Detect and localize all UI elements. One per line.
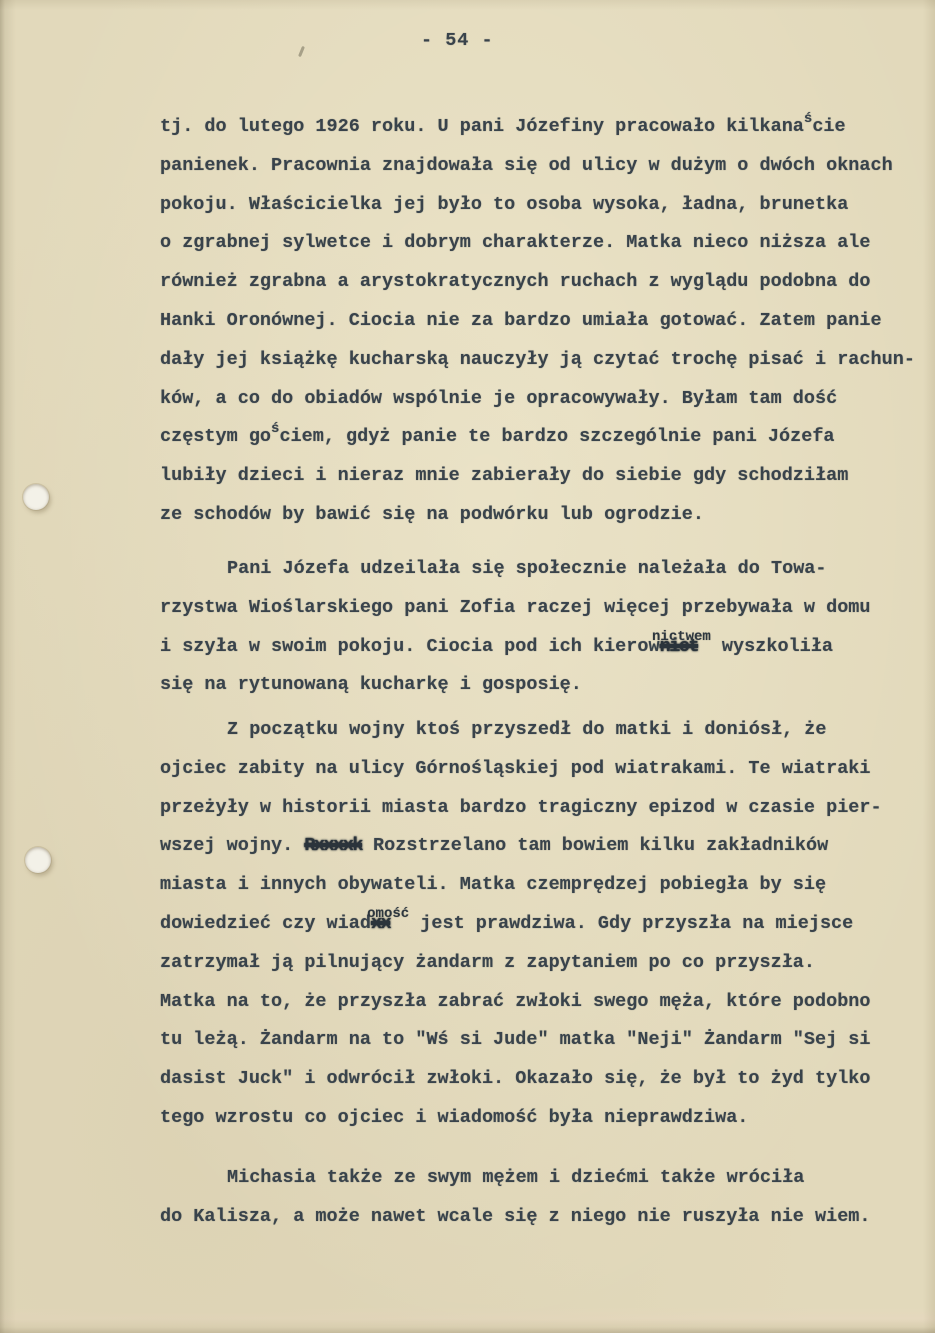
text-segment: Matka na to, że przyszła zabrać zwłoki s… bbox=[160, 991, 871, 1012]
text-segment: również zgrabna a arystokratycznych ruch… bbox=[160, 271, 871, 292]
text-line: do Kalisza, a może nawet wcale się z nie… bbox=[160, 1198, 935, 1237]
text-line: Z początku wojny ktoś przyszedł do matki… bbox=[160, 711, 935, 750]
text-line: ojciec zabity na ulicy Górnośląskiej pod… bbox=[160, 750, 935, 789]
hole-punch bbox=[23, 484, 49, 510]
text-segment: ciem, gdyż panie te bardzo szczególnie p… bbox=[279, 426, 834, 447]
text-line: ze schodów by bawić się na podwórku lub … bbox=[160, 496, 935, 535]
paragraph: tj. do lutego 1926 roku. U pani Józefiny… bbox=[160, 108, 935, 535]
text-segment: Hanki Oronównej. Ciocia nie za bardzo um… bbox=[160, 310, 882, 331]
text-segment: wszej wojny. bbox=[160, 835, 304, 856]
text-segment: jest prawdziwa. Gdy przyszła na miejsce bbox=[409, 913, 853, 934]
text-segment: dały jej książkę kucharską nauczyły ją c… bbox=[160, 349, 915, 370]
text-segment: dasist Juck" i odwrócił zwłoki. Okazało … bbox=[160, 1068, 871, 1089]
paragraph: Pani Józefa udzeilała się społecznie nal… bbox=[160, 550, 935, 705]
text-segment: częstym go bbox=[160, 426, 271, 447]
text-segment: ków, a co do obiadów wspólnie je opracow… bbox=[160, 388, 837, 409]
text-line: panienek. Pracownia znajdowała się od ul… bbox=[160, 147, 935, 186]
text-segment: zatrzymał ją pilnujący żandarm z zapytan… bbox=[160, 952, 815, 973]
text-segment: Rozstrzelano tam bowiem kilku zakładnikó… bbox=[362, 835, 828, 856]
text-segment: ojciec zabity na ulicy Górnośląskiej pod… bbox=[160, 758, 871, 779]
text-segment: rzystwa Wioślarskiego pani Zofia raczej … bbox=[160, 597, 871, 618]
text-segment: i szyła w swoim pokoju. Ciocia pod ich k… bbox=[160, 636, 660, 657]
text-line: pokoju. Właścicielka jej było to osoba w… bbox=[160, 186, 935, 225]
text-line: dasist Juck" i odwrócił zwłoki. Okazało … bbox=[160, 1060, 935, 1099]
text-segment: przeżyły w historii miasta bardzo tragic… bbox=[160, 797, 882, 818]
text-segment: tj. do lutego 1926 roku. U pani Józefiny… bbox=[160, 116, 804, 137]
text-line: o zgrabnej sylwetce i dobrym charakterze… bbox=[160, 224, 935, 263]
text-segment: pokoju. Właścicielka jej było to osoba w… bbox=[160, 194, 848, 215]
text-line: i szyła w swoim pokoju. Ciocia pod ich k… bbox=[160, 628, 935, 667]
text-segment: dowiedzieć czy wiad bbox=[160, 913, 371, 934]
page-number: - 54 - bbox=[421, 30, 494, 51]
text-line: tego wzrostu co ojciec i wiadomość była … bbox=[160, 1099, 935, 1138]
ink-smudge bbox=[298, 46, 305, 57]
text-segment: wyszkoliła bbox=[711, 636, 833, 657]
text-line: dowiedzieć czy wiadxxomość jest prawdziw… bbox=[160, 905, 935, 944]
text-line: tu leżą. Żandarm na to "Wś si Jude" matk… bbox=[160, 1021, 935, 1060]
text-segment: tego wzrostu co ojciec i wiadomość była … bbox=[160, 1107, 748, 1128]
paragraph: Michasia także ze swym mężem i dziećmi t… bbox=[160, 1159, 935, 1237]
text-segment: tu leżą. Żandarm na to "Wś si Jude" matk… bbox=[160, 1029, 871, 1050]
struck-out-text: Rxxxxk bbox=[304, 835, 362, 856]
text-segment: do Kalisza, a może nawet wcale się z nie… bbox=[160, 1206, 871, 1227]
text-line: się na rytunowaną kucharkę i gosposię. bbox=[160, 666, 935, 705]
hole-punch bbox=[25, 847, 51, 873]
text-line: Hanki Oronównej. Ciocia nie za bardzo um… bbox=[160, 302, 935, 341]
text-line: również zgrabna a arystokratycznych ruch… bbox=[160, 263, 935, 302]
text-line: miasta i innych obywateli. Matka czemprę… bbox=[160, 866, 935, 905]
text-segment: cie bbox=[812, 116, 845, 137]
text-line: Matka na to, że przyszła zabrać zwłoki s… bbox=[160, 983, 935, 1022]
text-segment: Z początku wojny ktoś przyszedł do matki… bbox=[227, 719, 827, 740]
text-segment: Michasia także ze swym mężem i dziećmi t… bbox=[227, 1167, 804, 1188]
scanned-page: - 54 - tj. do lutego 1926 roku. U pani J… bbox=[0, 0, 935, 1333]
text-segment: miasta i innych obywateli. Matka czemprę… bbox=[160, 874, 826, 895]
text-line: wszej wojny. Rxxxxk Rozstrzelano tam bow… bbox=[160, 827, 935, 866]
text-line: ków, a co do obiadów wspólnie je opracow… bbox=[160, 380, 935, 419]
text-segment: Pani Józefa udzeilała się społecznie nal… bbox=[227, 558, 827, 579]
text-segment: ze schodów by bawić się na podwórku lub … bbox=[160, 504, 704, 525]
text-segment: o zgrabnej sylwetce i dobrym charakterze… bbox=[160, 232, 871, 253]
text-segment: lubiły dzieci i nieraz mnie zabierały do… bbox=[160, 465, 848, 486]
text-line: przeżyły w historii miasta bardzo tragic… bbox=[160, 789, 935, 828]
text-segment: panienek. Pracownia znajdowała się od ul… bbox=[160, 155, 893, 176]
text-line: rzystwa Wioślarskiego pani Zofia raczej … bbox=[160, 589, 935, 628]
text-line: dały jej książkę kucharską nauczyły ją c… bbox=[160, 341, 935, 380]
text-line: Michasia także ze swym mężem i dziećmi t… bbox=[160, 1159, 935, 1198]
text-line: Pani Józefa udzeilała się społecznie nal… bbox=[160, 550, 935, 589]
text-line: lubiły dzieci i nieraz mnie zabierały do… bbox=[160, 457, 935, 496]
text-line: tj. do lutego 1926 roku. U pani Józefiny… bbox=[160, 108, 935, 147]
text-segment: się na rytunowaną kucharkę i gosposię. bbox=[160, 674, 582, 695]
paragraph: Z początku wojny ktoś przyszedł do matki… bbox=[160, 711, 935, 1138]
text-line: zatrzymał ją pilnujący żandarm z zapytan… bbox=[160, 944, 935, 983]
text-line: częstym gościem, gdyż panie te bardzo sz… bbox=[160, 418, 935, 457]
